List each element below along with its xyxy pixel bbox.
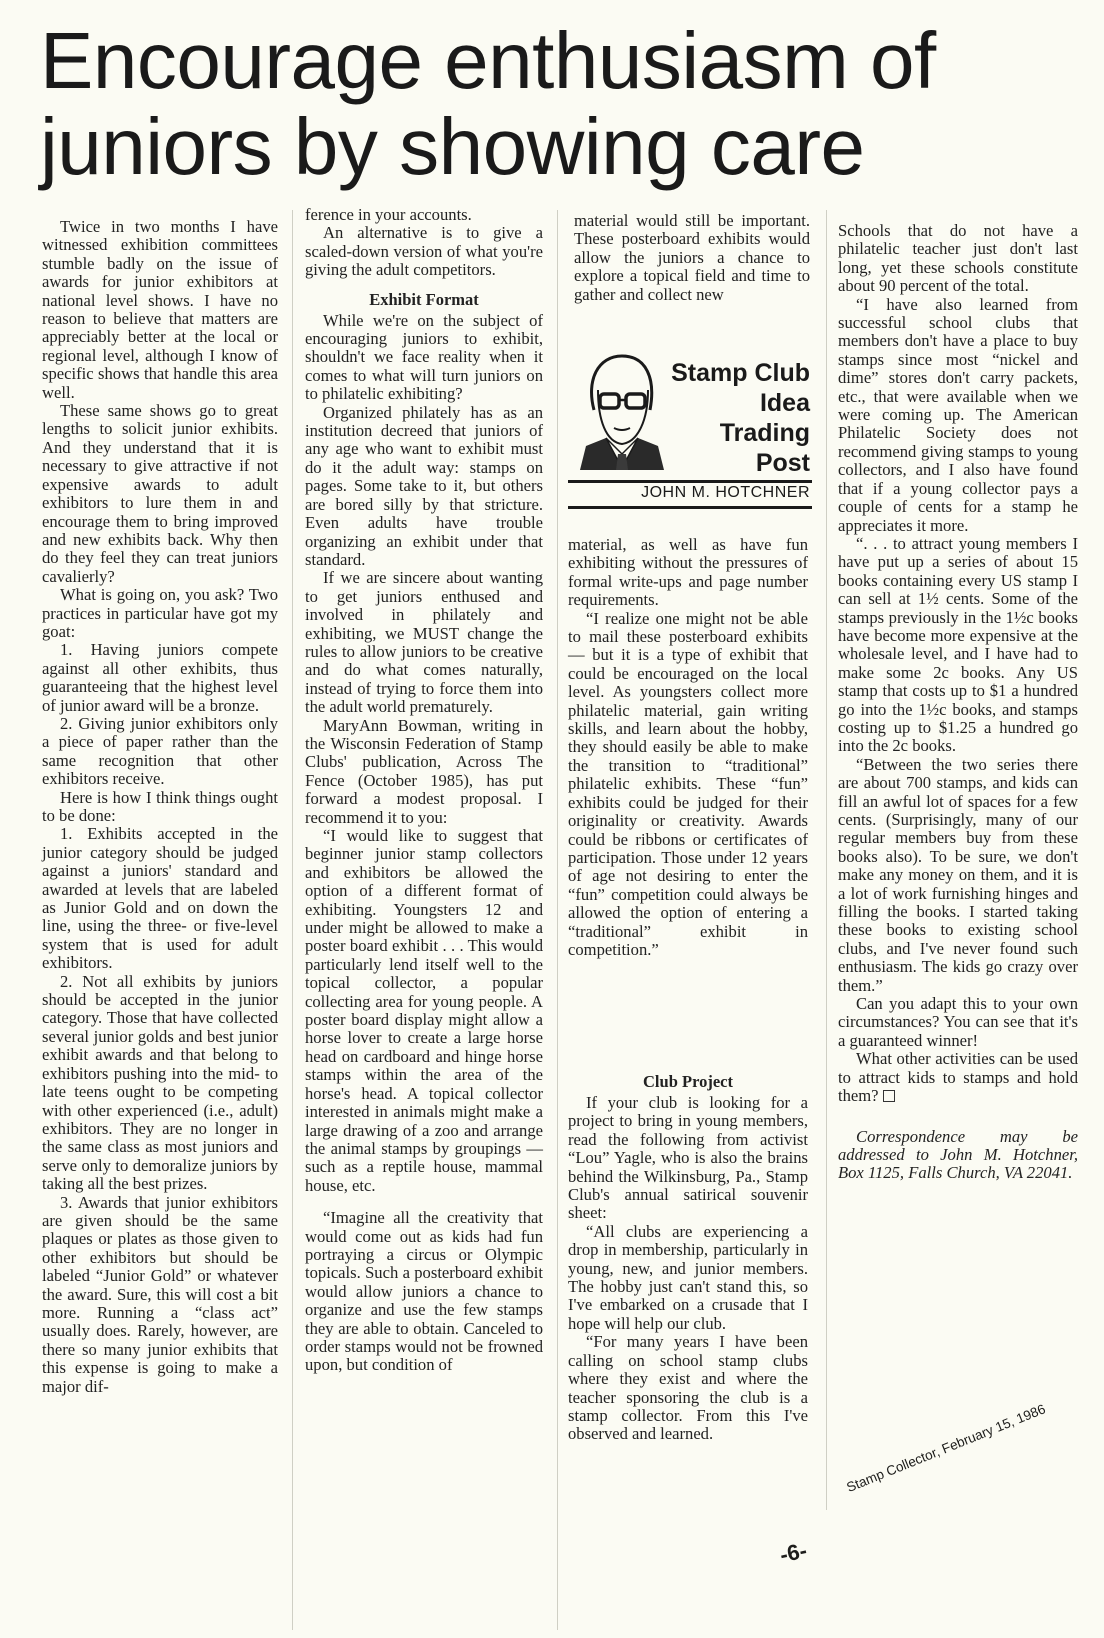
article-column-3-middle: material, as well as have fun exhibiting… [568,536,808,959]
paragraph: “Between the two series there are about … [838,756,1078,995]
paragraph: “For many years I have been calling on s… [568,1333,808,1443]
paragraph: 2. Not all exhibits by juniors should be… [42,973,278,1194]
paragraph: “I have also learned from successful sch… [838,296,1078,535]
column-divider [557,210,558,1630]
article-column-3-top: material would still be important. These… [574,212,810,304]
correspondence-note: Correspondence may be addressed to John … [838,1128,1078,1183]
paragraph: “All clubs are experiencing a drop in me… [568,1223,808,1333]
headline: Encourage enthusiasm of juniors by showi… [40,18,1080,190]
closing-text: What other activities can be used to att… [838,1049,1078,1105]
article-column-1: Twice in two months I have witnessed exh… [42,218,278,1396]
column-divider [292,210,293,1630]
paragraph: An alternative is to give a scaled-down … [305,224,543,279]
paragraph: 1. Having juniors compete against all ot… [42,641,278,715]
logo-rule [568,480,812,483]
paragraph: ference in your accounts. [305,206,543,224]
column-logo: Stamp Club Idea Trading Post JOHN M. HOT… [568,350,812,510]
paragraph: “. . . to attract young members I have p… [838,535,1078,756]
column-logo-title: Stamp Club Idea Trading Post [671,358,810,478]
paragraph: These same shows go to great lengths to … [42,402,278,586]
subhead-exhibit-format: Exhibit Format [305,290,543,310]
paragraph: What is going on, you ask? Two practices… [42,586,278,641]
source-citation: Stamp Collector, February 15, 1986 [844,1401,1047,1495]
logo-title-line: Trading [671,418,810,448]
subhead-club-project: Club Project [568,1072,808,1092]
logo-rule [568,506,812,509]
paragraph: “I would like to suggest that beginner j… [305,827,543,1195]
paragraph: “I realize one might not be able to mail… [568,610,808,960]
paragraph: 2. Giving junior exhibitors only a piece… [42,715,278,789]
paragraph: Twice in two months I have witnessed exh… [42,218,278,402]
paragraph: MaryAnn Bowman, writing in the Wisconsin… [305,717,543,827]
paragraph: 3. Awards that junior exhibitors are giv… [42,1194,278,1396]
logo-title-line: Idea [671,388,810,418]
paragraph: Organized philately has as an institutio… [305,404,543,570]
author-portrait-icon [576,350,668,470]
paragraph: material, as well as have fun exhibiting… [568,536,808,610]
paragraph: 1. Exhibits accepted in the junior categ… [42,825,278,972]
byline: JOHN M. HOTCHNER [641,484,810,502]
logo-title-line: Stamp Club [671,358,810,388]
paragraph: Here is how I think things ought to be d… [42,789,278,826]
article-column-4: Schools that do not have a philatelic te… [838,222,1078,1183]
page-number: -6- [778,1537,810,1568]
paragraph: Schools that do not have a philatelic te… [838,222,1078,296]
end-of-article-icon [883,1090,895,1102]
paragraph: What other activities can be used to att… [838,1050,1078,1105]
article-column-3-bottom: Club Project If your club is looking for… [568,1062,808,1444]
logo-title-line: Post [671,448,810,478]
paragraph: “Imagine all the creativity that would c… [305,1209,543,1375]
column-divider [826,210,827,1510]
paragraph: If your club is looking for a project to… [568,1094,808,1223]
paragraph: While we're on the subject of encouragin… [305,312,543,404]
article-column-2: ference in your accounts. An alternative… [305,206,543,1375]
paragraph: material would still be important. These… [574,212,810,304]
paragraph: Can you adapt this to your own circumsta… [838,995,1078,1050]
paragraph: If we are sincere about wanting to get j… [305,569,543,716]
